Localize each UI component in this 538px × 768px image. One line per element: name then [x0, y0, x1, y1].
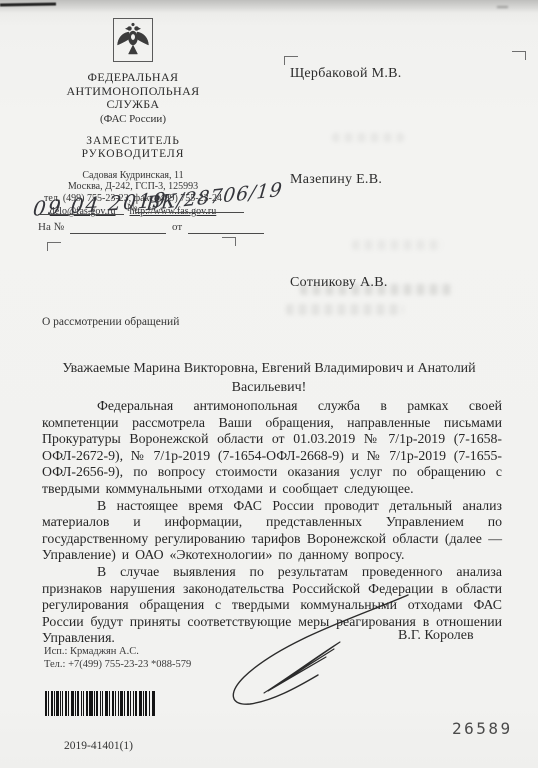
number-underline [136, 211, 244, 213]
address-corner-mark [222, 237, 236, 246]
body-paragraph: Федеральная антимонопольная служба в рам… [42, 398, 502, 498]
salutation: Уважаемые Марина Викторовна, Евгений Вла… [59, 359, 479, 397]
double-headed-eagle-emblem-icon [113, 18, 153, 67]
signer-title: ЗАМЕСТИТЕЛЬ РУКОВОДИТЕЛЯ [20, 135, 246, 161]
document-code: 2019-41401(1) [64, 740, 133, 752]
registration-stamp-number: 26589 [452, 719, 513, 738]
address-line: Садовая Кудринская, 11 [20, 170, 246, 182]
handwritten-signature-icon [222, 585, 422, 720]
signer-title-line: ЗАМЕСТИТЕЛЬ [20, 135, 246, 148]
bleedthrough-smudge [286, 304, 404, 315]
signer-title-line: РУКОВОДИТЕЛЯ [20, 148, 246, 161]
executor-info: Исп.: Крмаджян А.С. Тел.: +7(499) 755-23… [44, 646, 191, 671]
executor-phone: Тел.: +7(499) 755-23-23 *088-579 [44, 659, 191, 672]
bleedthrough-smudge [352, 240, 442, 250]
org-short-name: (ФАС России) [20, 113, 246, 125]
date-underline [38, 213, 124, 215]
org-name-line: ФЕДЕРАЛЬНАЯ [20, 71, 246, 85]
scan-top-shadow [0, 0, 538, 13]
bleedthrough-smudge [332, 133, 404, 142]
recipient-name: Мазепину Е.В. [290, 172, 382, 188]
reply-from-label: от [172, 221, 182, 233]
body-paragraph: В настоящее время ФАС России проводит де… [42, 498, 502, 564]
org-name: ФЕДЕРАЛЬНАЯ АНТИМОНОПОЛЬНАЯ СЛУЖБА [20, 71, 246, 112]
reply-number-underline [70, 232, 166, 234]
executor-name: Исп.: Крмаджян А.С. [44, 646, 191, 659]
address-corner-mark [284, 56, 298, 65]
subject-line: О рассмотрении обращений [42, 316, 179, 328]
reply-to-label: На № [38, 221, 64, 233]
org-name-line: АНТИМОНОПОЛЬНАЯ [20, 85, 246, 99]
address-corner-mark [47, 242, 61, 251]
reply-date-underline [188, 232, 264, 234]
address-corner-mark [512, 51, 526, 60]
scan-smudge-dot [497, 6, 508, 8]
barcode-icon [45, 691, 155, 716]
recipient-name: Сотникову А.В. [290, 275, 388, 291]
org-name-line: СЛУЖБА [20, 98, 246, 112]
recipient-name: Щербаковой М.В. [290, 66, 402, 82]
